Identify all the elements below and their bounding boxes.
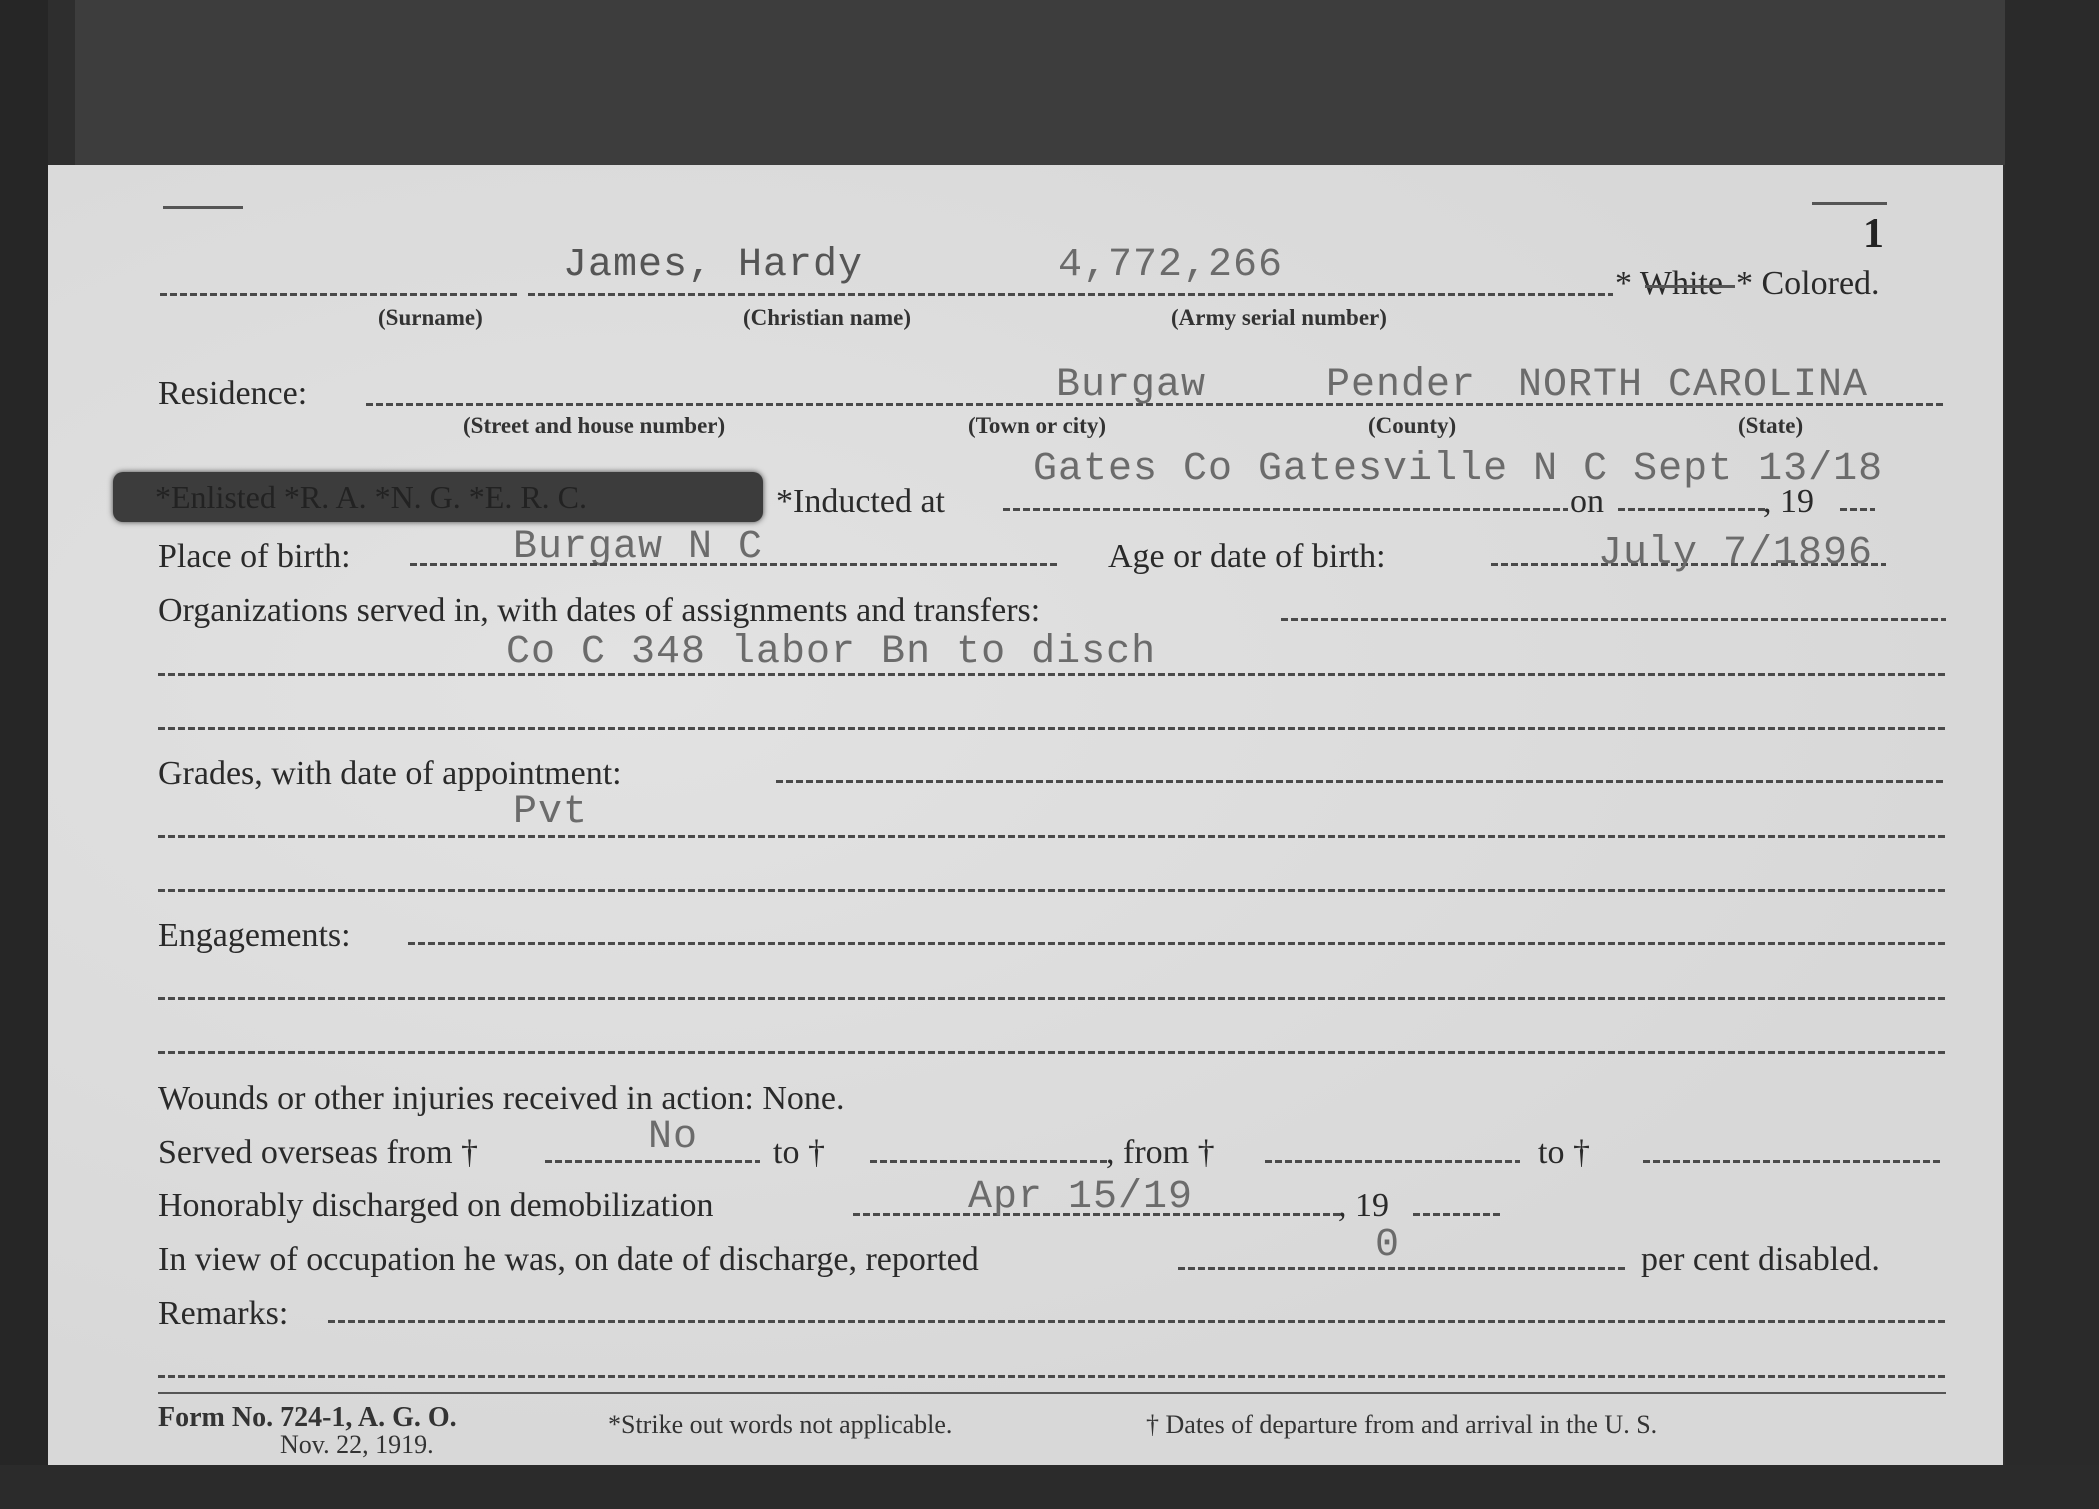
state-caption: (State): [1738, 413, 1803, 439]
discharge-value: Apr 15/19: [968, 1175, 1193, 1220]
inducted-at-line: [1003, 508, 1568, 511]
overseas-to-line: [870, 1160, 1108, 1163]
organizations-line-0: [1281, 618, 1946, 621]
surname-line: [160, 293, 520, 296]
age-value: July 7/1896: [1598, 531, 1873, 576]
inducted-at-label: *Inducted at: [776, 483, 945, 521]
engagements-label: Engagements:: [158, 917, 351, 955]
grades-line-0: [776, 780, 1946, 783]
strike-note: *Strike out words not applicable.: [608, 1410, 952, 1440]
remarks-line-1: [158, 1375, 1946, 1378]
top-right-rule: [1812, 202, 1887, 205]
overseas-from2-line: [1265, 1160, 1520, 1163]
name-serial-line: [528, 293, 1613, 296]
discharge-label: Honorably discharged on demobilization: [158, 1187, 714, 1225]
overseas-from-line: [545, 1160, 760, 1163]
grades-line-1: [158, 835, 1946, 838]
service-record-card: 1 James, Hardy 4,772,266 * White * Color…: [48, 165, 2003, 1465]
white-strikethrough: [1645, 285, 1735, 288]
redacted-enlistment-options: *Enlisted *R. A. *N. G. *E. R. C.: [113, 472, 763, 522]
card-number: 1: [1863, 210, 1884, 258]
race-colored-label: * Colored.: [1736, 265, 1880, 303]
discharge-year-prefix: , 19: [1338, 1187, 1389, 1225]
scanner-background-left: [0, 0, 48, 1509]
top-left-rule: [163, 206, 243, 209]
christian-name-caption: (Christian name): [743, 305, 911, 331]
discharge-year-line: [1413, 1213, 1503, 1216]
residence-county-value: Pender: [1326, 363, 1476, 408]
organizations-line-2: [158, 727, 1946, 730]
place-of-birth-label: Place of birth:: [158, 538, 351, 576]
race-white-text: * White: [1615, 265, 1723, 302]
scanner-background-top: [75, 0, 2005, 165]
redacted-text: *Enlisted *R. A. *N. G. *E. R. C.: [155, 479, 587, 516]
inducted-on-label: on: [1570, 483, 1604, 521]
induction-value: Gates Co Gatesville N C Sept 13/18: [1033, 447, 1883, 492]
grades-label: Grades, with date of appointment:: [158, 755, 622, 793]
race-white-label: * White: [1615, 265, 1723, 303]
serial-value: 4,772,266: [1058, 243, 1283, 288]
overseas-from-label: Served overseas from †: [158, 1134, 478, 1172]
inducted-year-prefix: , 19: [1763, 483, 1814, 521]
overseas-to-label: to †: [773, 1134, 825, 1172]
inducted-on-line: [1618, 508, 1768, 511]
overseas-to2-label: to †: [1538, 1134, 1590, 1172]
residence-label: Residence:: [158, 375, 307, 413]
county-caption: (County): [1368, 413, 1456, 439]
organizations-label: Organizations served in, with dates of a…: [158, 592, 1040, 630]
overseas-to2-line: [1643, 1160, 1943, 1163]
disability-value: 0: [1375, 1223, 1400, 1268]
remarks-label: Remarks:: [158, 1295, 288, 1333]
disability-suffix: per cent disabled.: [1641, 1241, 1880, 1279]
street-caption: (Street and house number): [463, 413, 725, 439]
name-value: James, Hardy: [563, 243, 863, 288]
wounds-label: Wounds or other injuries received in act…: [158, 1080, 845, 1118]
disability-line: [1178, 1267, 1628, 1270]
scanner-background-right: [2005, 0, 2099, 1509]
town-caption: (Town or city): [968, 413, 1106, 439]
residence-town-value: Burgaw: [1056, 363, 1206, 408]
overseas-from-value: No: [648, 1115, 698, 1160]
scanner-background-bottom: [0, 1465, 2099, 1509]
organizations-line-1: [158, 673, 1946, 676]
engagements-line-0: [408, 942, 1946, 945]
dagger-note: † Dates of departure from and arrival in…: [1146, 1410, 1657, 1440]
place-of-birth-line: [410, 563, 1060, 566]
wounds-value: None.: [762, 1080, 844, 1117]
age-label: Age or date of birth:: [1108, 538, 1386, 576]
residence-state-value: NORTH CAROLINA: [1518, 363, 1868, 408]
engagements-line-2: [158, 1051, 1946, 1054]
grades-value-1: Pvt: [513, 790, 588, 835]
overseas-from2-label: , from †: [1106, 1134, 1215, 1172]
engagements-line-1: [158, 997, 1946, 1000]
footer-divider: [158, 1392, 1946, 1394]
remarks-line-0: [328, 1320, 1946, 1323]
grades-line-2: [158, 889, 1946, 892]
form-date: Nov. 22, 1919.: [280, 1430, 434, 1460]
disability-label: In view of occupation he was, on date of…: [158, 1241, 979, 1279]
inducted-year-line: [1840, 508, 1875, 511]
serial-caption: (Army serial number): [1171, 305, 1387, 331]
surname-caption: (Surname): [378, 305, 483, 331]
wounds-label-text: Wounds or other injuries received in act…: [158, 1080, 754, 1117]
organizations-value-1: Co C 348 labor Bn to disch: [506, 630, 1156, 675]
